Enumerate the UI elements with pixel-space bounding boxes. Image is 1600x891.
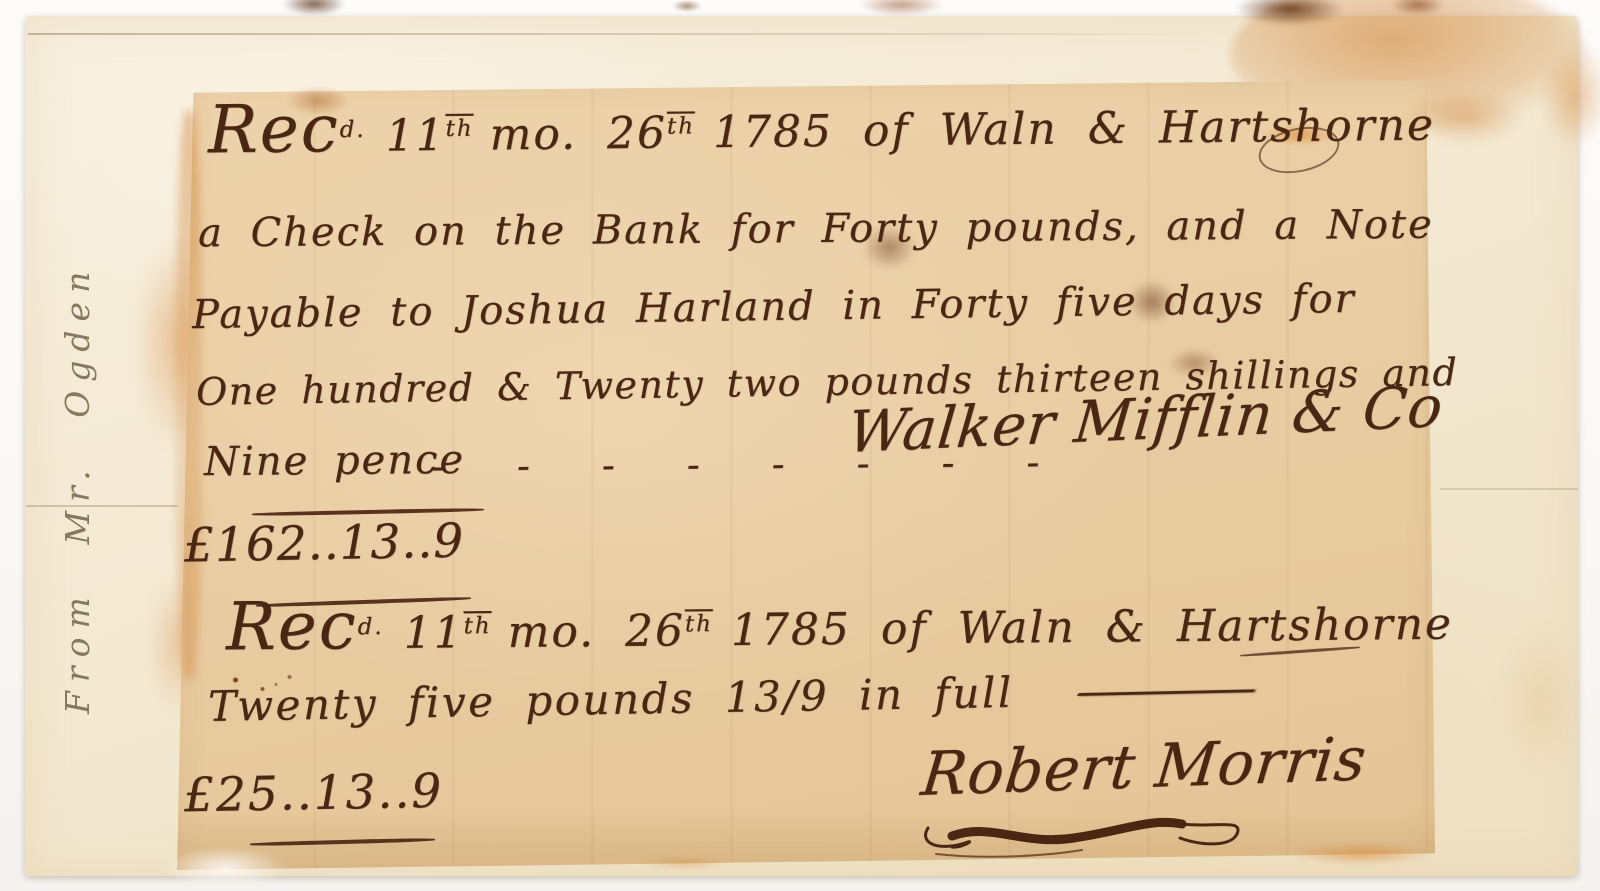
crease-line bbox=[26, 505, 178, 507]
receipt1-amount: £162..13..9 bbox=[184, 514, 465, 574]
receipt2-rec-sup: d. bbox=[358, 614, 384, 640]
ink-smudge bbox=[862, 225, 917, 270]
receipt2-month-sup: th bbox=[685, 611, 713, 637]
stain bbox=[282, 0, 346, 16]
stain bbox=[640, 856, 730, 870]
vertical-annotation: From Mr. Ogden bbox=[58, 263, 97, 714]
stain bbox=[165, 848, 285, 888]
receipt2-day-sup: th bbox=[463, 613, 491, 639]
receipt2-rec: Rec bbox=[226, 587, 358, 665]
document-photo: From Mr. Ogden Recd.11thmo. 26th1785 of … bbox=[0, 0, 1600, 891]
receipt1-month-sup: th bbox=[667, 113, 695, 139]
signature-flourish bbox=[922, 800, 1267, 862]
ink-smudge bbox=[1168, 348, 1220, 378]
receipt1-month: mo. 26 bbox=[489, 108, 667, 161]
receipt2-date-line: Recd.11thmo. 26th1785 of Waln & Hartshor… bbox=[226, 599, 1453, 661]
receipt2-day: 11 bbox=[403, 607, 463, 659]
stain bbox=[1500, 620, 1580, 780]
stain bbox=[858, 0, 944, 16]
stain bbox=[1292, 843, 1432, 865]
receipt2-month: mo. 26 bbox=[507, 605, 685, 658]
crease-line bbox=[1440, 488, 1578, 490]
receipt1-day: 11 bbox=[385, 110, 446, 162]
ink-smudge bbox=[1128, 280, 1176, 324]
receipt1-rec: Rec bbox=[208, 90, 341, 168]
receipt2-amount: £25..13..9 bbox=[184, 764, 444, 824]
stain bbox=[672, 0, 702, 12]
receipt1-line2: a Check on the Bank for Forty pounds, an… bbox=[198, 202, 1434, 257]
ink-speckles bbox=[222, 668, 312, 698]
crease-line bbox=[28, 33, 1233, 35]
receipt1-line5: Nine pence bbox=[204, 437, 465, 485]
receipt1-day-sup: th bbox=[445, 115, 473, 141]
receipt1-rec-sup: d. bbox=[340, 117, 366, 143]
receipt2-dash: — bbox=[1066, 663, 1275, 716]
